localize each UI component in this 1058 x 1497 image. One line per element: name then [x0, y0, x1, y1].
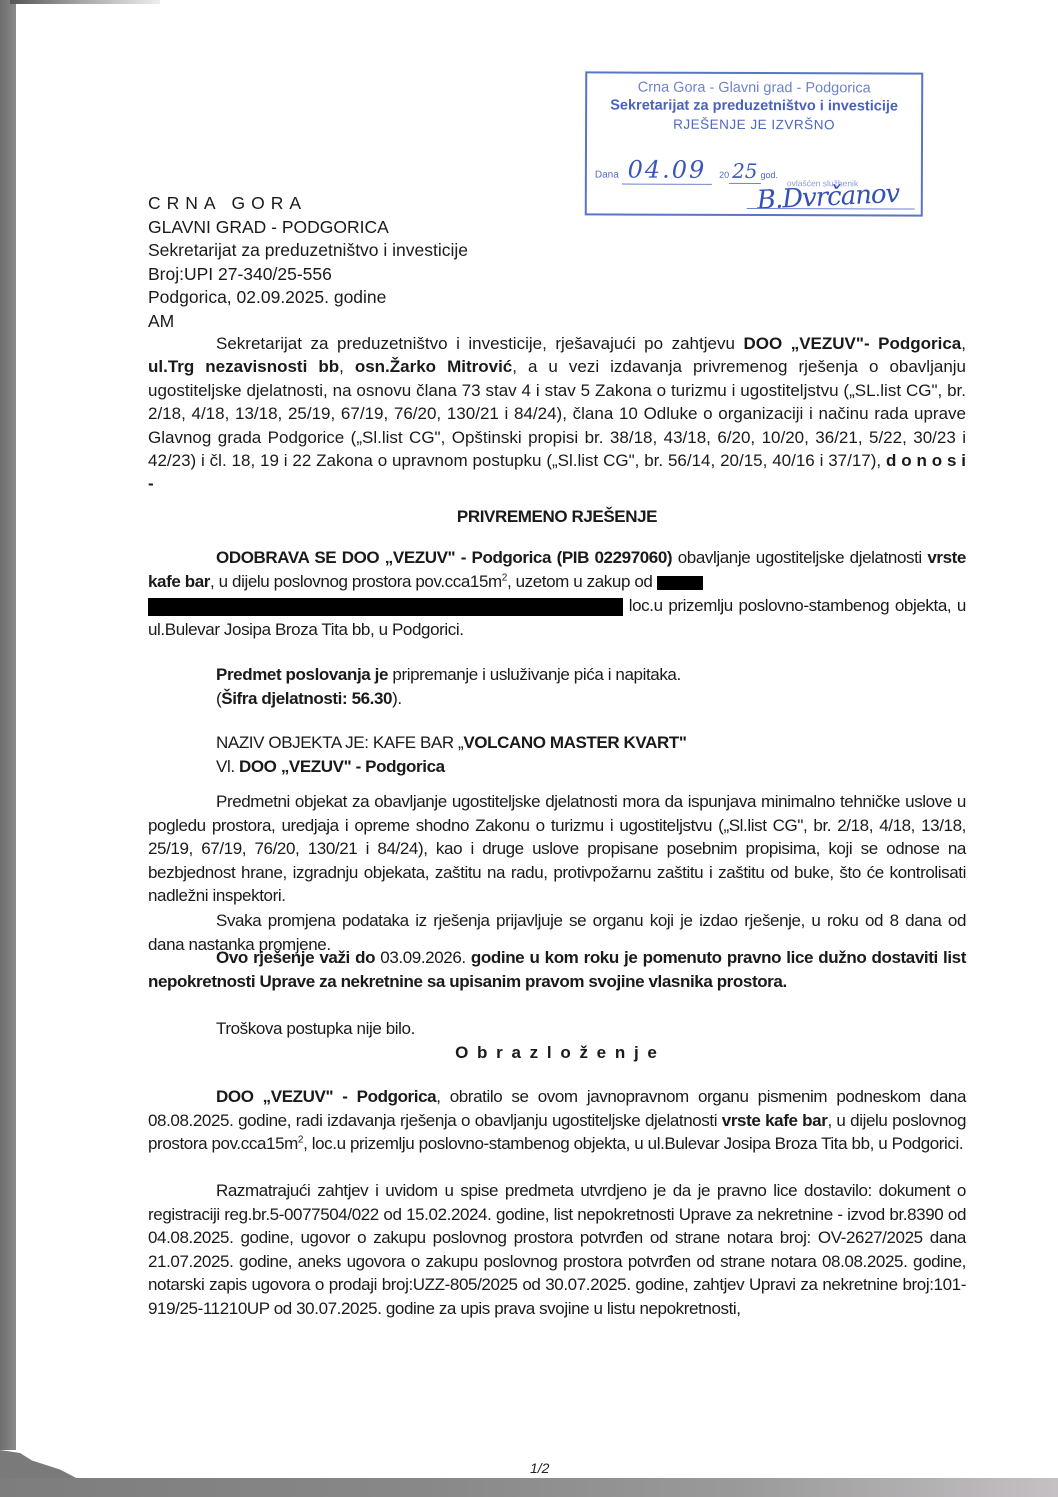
object-name-prefix: NAZIV OBJEKTA JE: KAFE BAR „ [216, 733, 463, 752]
activity-code: Šifra djelatnosti: 56.30 [221, 689, 392, 708]
object-owner: DOO „VEZUV" - Podgorica [239, 757, 445, 776]
stamp-line-city: Crna Gora - Glavni grad - Podgorica [587, 79, 921, 96]
business-subject-text: pripremanje i usluživanje pića i napitak… [388, 665, 681, 684]
business-subject: Predmet poslovanja je pripremanje i uslu… [216, 663, 916, 710]
applicant-address: ul.Trg nezavisnosti bb [148, 357, 339, 376]
signature: B.Dvrčanov [756, 179, 900, 216]
header-place-date: Podgorica, 02.09.2025. godine [148, 286, 468, 310]
scan-corner-bottom [0, 1450, 80, 1480]
object-owner-line: Vl. DOO „VEZUV" - Podgorica [216, 755, 916, 779]
decision-approval: ODOBRAVA SE DOO „VEZUV" - Podgorica (PIB… [216, 548, 672, 567]
redaction-block-1 [657, 576, 703, 590]
code-close: ). [392, 689, 402, 708]
validity-date: 03.09.2026. [375, 948, 471, 967]
stamp-line-status: RJEŠENJE JE IZVRŠNO [587, 116, 921, 132]
business-subject-line: Predmet poslovanja je pripremanje i uslu… [216, 663, 916, 687]
business-subject-label: Predmet poslovanja je [216, 665, 388, 684]
enforceability-stamp: Crna Gora - Glavni grad - Podgorica Sekr… [585, 71, 924, 216]
reasoning-title: O b r a z l o ž e n j e [148, 1041, 966, 1065]
header-country: CRNA GORA [148, 192, 468, 216]
validity-paragraph: Ovo rješenje važi do 03.09.2026. godine … [148, 946, 966, 993]
object-name-line: NAZIV OBJEKTA JE: KAFE BAR „VOLCANO MAST… [216, 731, 916, 755]
header-city: GLAVNI GRAD - PODGORICA [148, 216, 468, 240]
intro-text-1: Sekretarijat za preduzetništvo i investi… [216, 334, 743, 353]
stamp-date-label: Dana [595, 169, 619, 180]
applicant-name: DOO „VEZUV"- Podgorica [743, 334, 961, 353]
conditions-paragraph: Predmetni objekat za obavljanje ugostite… [148, 790, 966, 908]
stamp-year-suffix: god. [761, 170, 779, 180]
intro-text-3: , [339, 357, 355, 376]
reasoning-text-3: , loc.u prizemlju poslovno-stambenog obj… [303, 1134, 963, 1153]
header-case-number: Broj:UPI 27-340/25-556 [148, 263, 468, 287]
object-name: VOLCANO MASTER KVART [463, 733, 679, 752]
stamp-year-handwritten: 25 [729, 159, 761, 184]
intro-paragraph: Sekretarijat za preduzetništvo i investi… [148, 332, 966, 496]
object-name-suffix: " [679, 733, 687, 752]
decision-title: PRIVREMENO RJEŠENJE [148, 505, 966, 529]
activity-code-line: (Šifra djelatnosti: 56.30). [216, 687, 916, 711]
redaction-block-2 [148, 598, 623, 616]
scan-edge-bottom [0, 1478, 1058, 1497]
decision-text-1: obavljanje ugostiteljske djelatnosti [672, 548, 927, 567]
reasoning-business-type: vrste kafe bar [722, 1111, 828, 1130]
reasoning-paragraph-2: Razmatrajući zahtjev i uvidom u spise pr… [148, 1179, 966, 1321]
object-name-block: NAZIV OBJEKTA JE: KAFE BAR „VOLCANO MAST… [216, 731, 916, 778]
stamp-year-prefix: 20 [719, 170, 729, 180]
reasoning-paragraph-1: DOO „VEZUV" - Podgorica, obratilo se ovo… [148, 1085, 966, 1156]
decision-text-3: , uzetom u zakup od [507, 572, 657, 591]
object-owner-prefix: Vl. [216, 757, 239, 776]
scan-edge-top [10, 0, 160, 4]
page-number: 1/2 [530, 1460, 549, 1476]
stamp-date-handwritten: 04.09 [622, 156, 713, 185]
reasoning-applicant: DOO „VEZUV" - Podgorica [216, 1087, 436, 1106]
decision-paragraph: ODOBRAVA SE DOO „VEZUV" - Podgorica (PIB… [148, 546, 966, 642]
document-header: CRNA GORA GLAVNI GRAD - PODGORICA Sekret… [148, 192, 468, 333]
validity-label: Ovo rješenje važi do [216, 948, 375, 967]
header-initials: AM [148, 310, 468, 334]
scan-edge-left [0, 0, 16, 1450]
applicant-founder: osn.Žarko Mitrović [355, 357, 512, 376]
costs-paragraph: Troškova postupka nije bilo. [148, 1017, 966, 1041]
header-authority: Sekretarijat za preduzetništvo i investi… [148, 239, 468, 263]
decision-text-2: , u dijelu poslovnog prostora pov.cca15m [210, 572, 502, 591]
stamp-line-authority: Sekretarijat za preduzetništvo i investi… [587, 97, 921, 114]
intro-text-2: , [961, 334, 966, 353]
